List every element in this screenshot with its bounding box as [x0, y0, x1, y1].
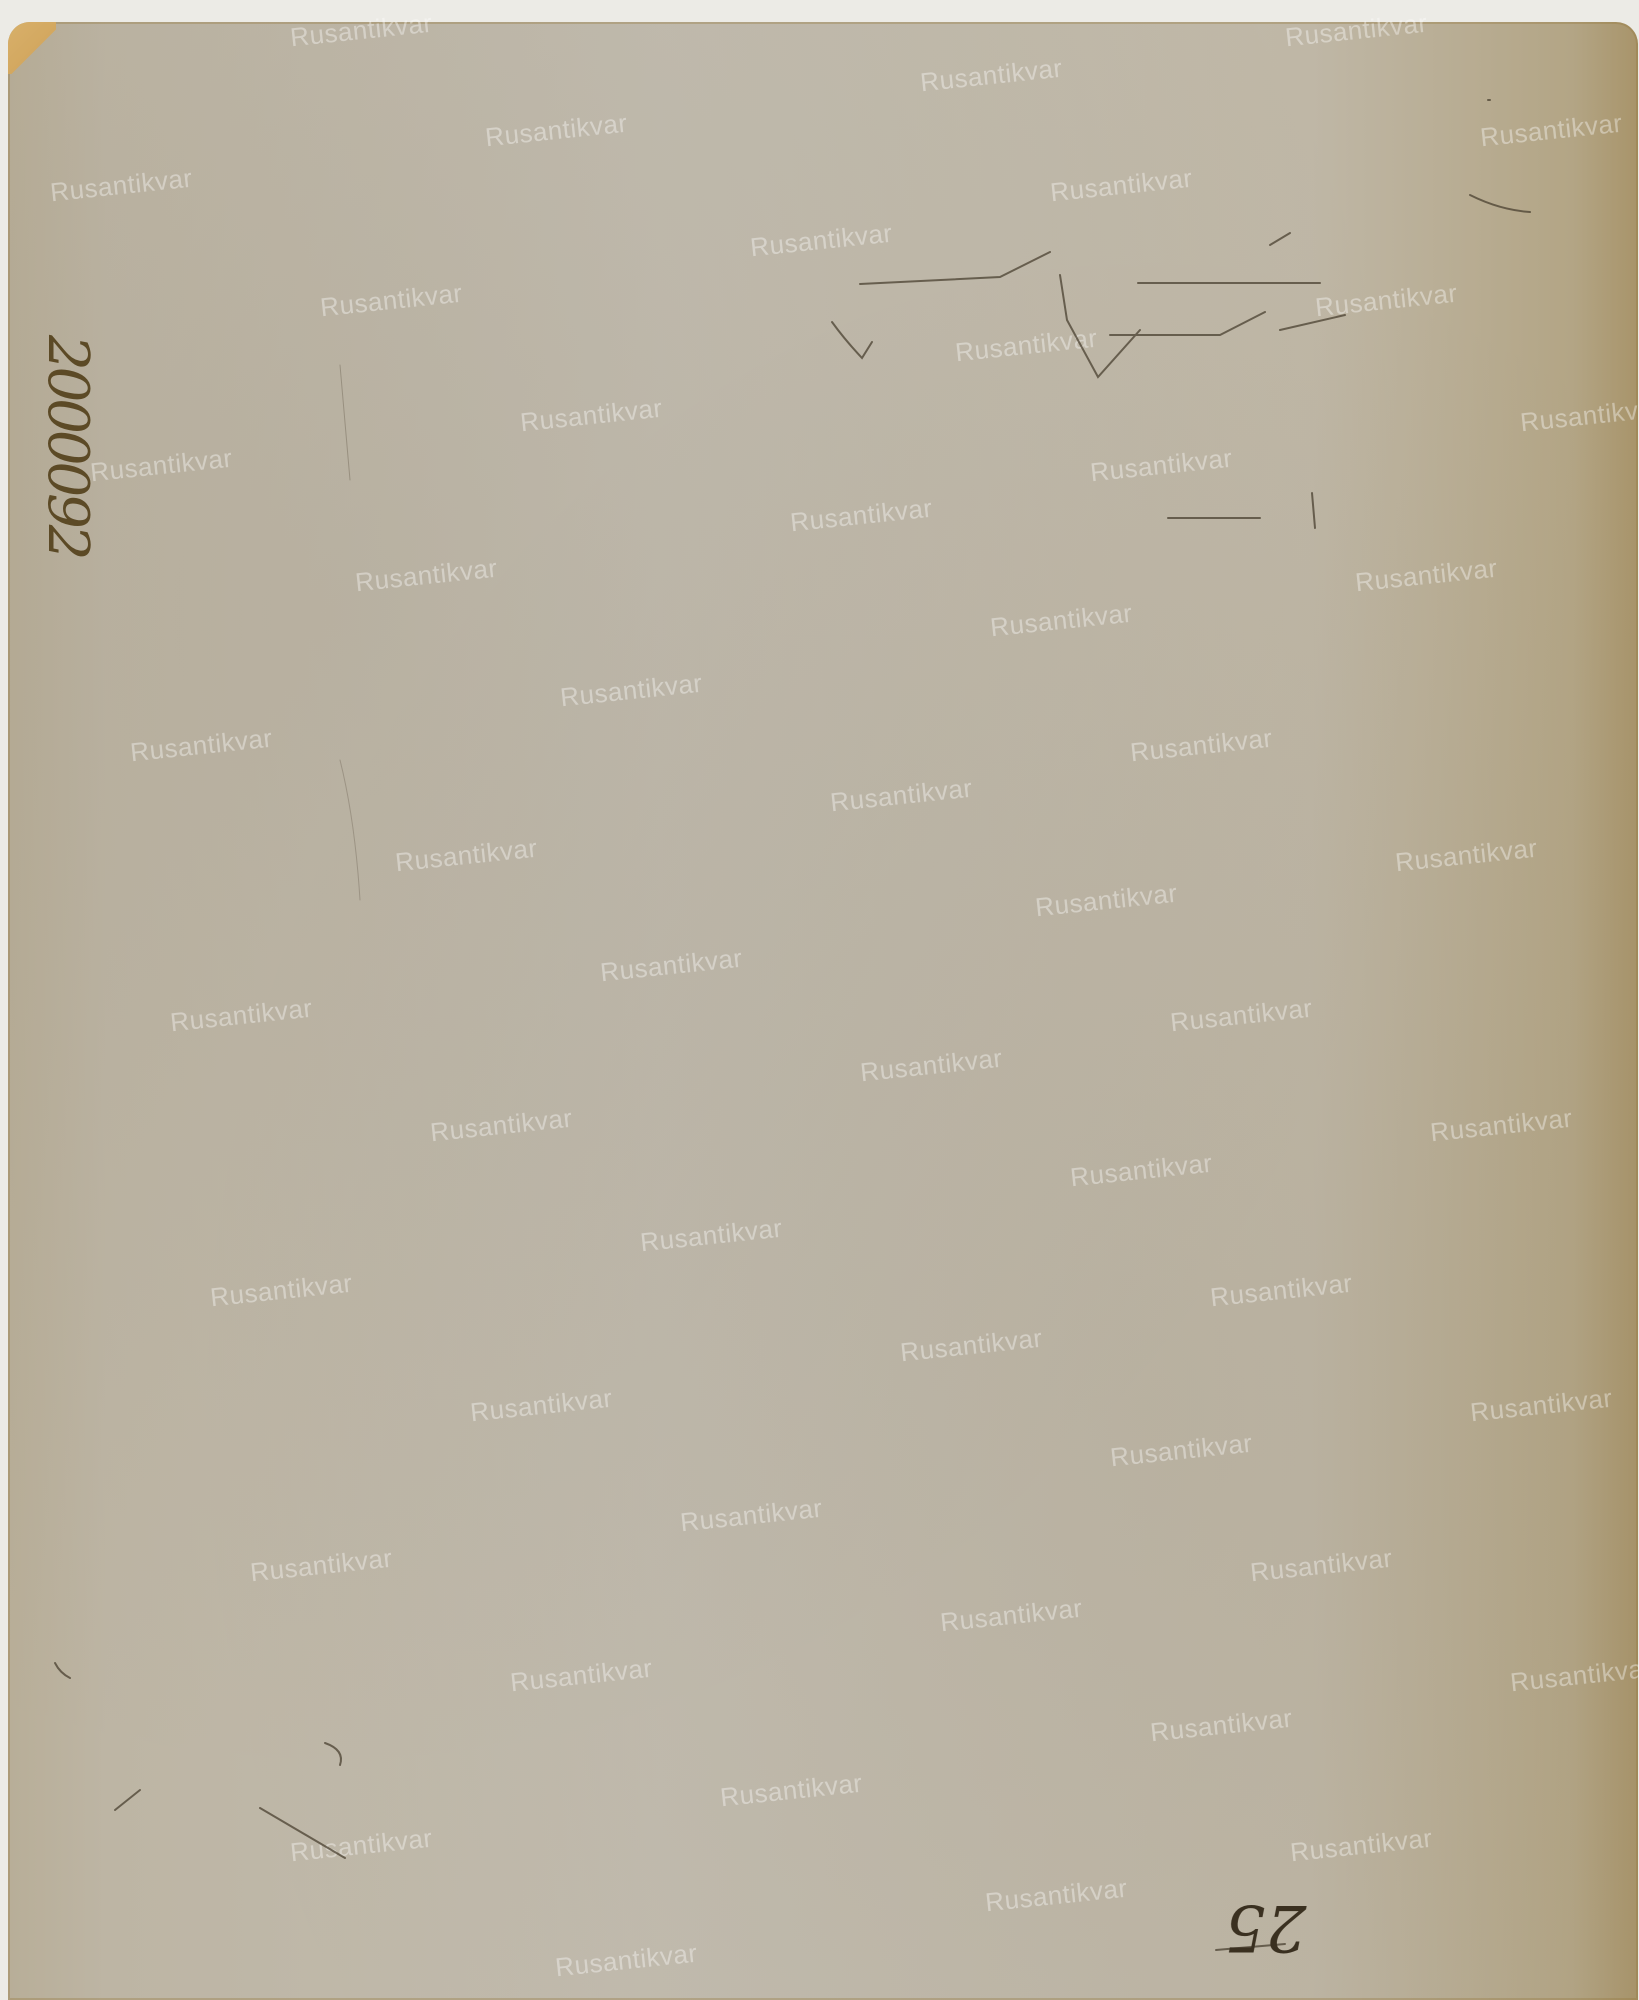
page-number-handwritten: 25: [1225, 1890, 1306, 1964]
inventory-number-handwritten: 2000092: [35, 335, 100, 556]
pencil-sketch-marks: [0, 0, 1639, 2000]
